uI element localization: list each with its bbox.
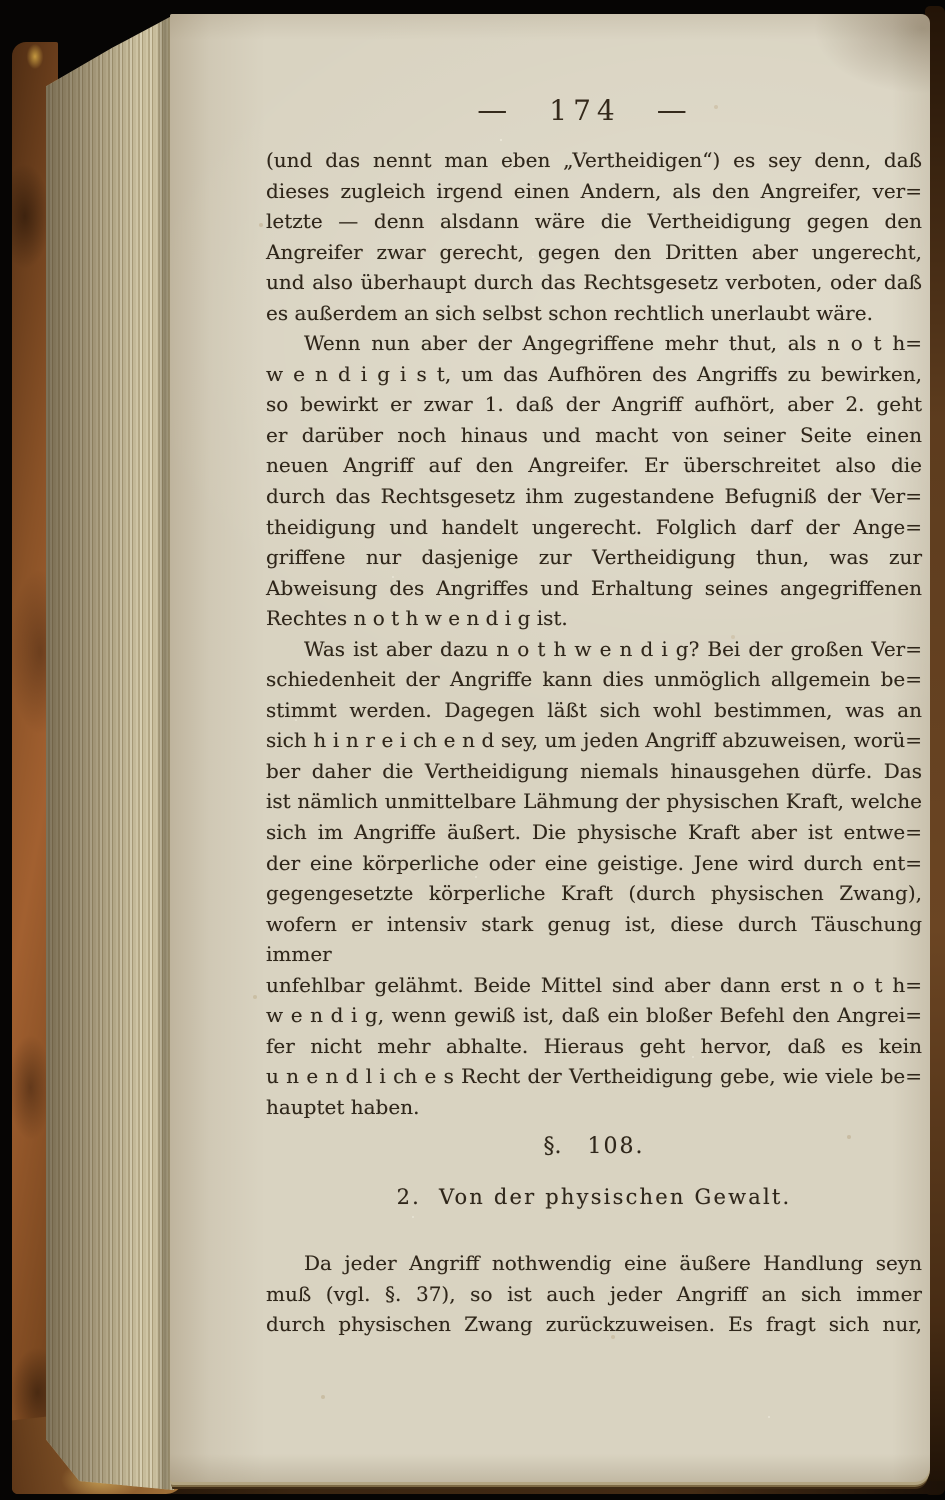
- text-line: Da jeder Angriff nothwendig eine äußere …: [266, 1248, 922, 1279]
- text-line: durch das Rechtsgesetz ihm zugestandene …: [266, 481, 922, 512]
- book-page: — 174 — (und das nennt man eben „Verthei…: [170, 14, 930, 1482]
- page-edges-stack: [46, 0, 174, 1490]
- section-number: 108.: [588, 1134, 645, 1159]
- text-line: ber daher die Vertheidigung niemals hina…: [266, 756, 922, 787]
- scanned-book-photo: — 174 — (und das nennt man eben „Verthei…: [0, 0, 945, 1500]
- header-right-rule: —: [657, 96, 687, 126]
- text-line: w e n d i g, wenn gewiß ist, daß ein blo…: [266, 1000, 922, 1031]
- text-line: ist nämlich unmittelbare Lähmung der phy…: [266, 786, 922, 817]
- text-line: unfehlbar gelähmt. Beide Mittel sind abe…: [266, 970, 922, 1001]
- text-line: griffene nur dasjenige zur Vertheidigung…: [266, 542, 922, 573]
- text-line: sich h i n r e i ch e n d sey, um jeden …: [266, 725, 922, 756]
- text-line: neuen Angriff auf den Angreifer. Er über…: [266, 450, 922, 481]
- page-number: 174: [549, 94, 620, 127]
- text-line: u n e n d l i ch e s Recht der Vertheidi…: [266, 1061, 922, 1092]
- paragraph-4: Da jeder Angriff nothwendig eine äußere …: [266, 1248, 922, 1340]
- page-header: — 174 —: [254, 94, 910, 127]
- text-line: Rechtes n o t h w e n d i g ist.: [266, 603, 922, 634]
- paragraph-3: Was ist aber dazu n o t h w e n d i g? B…: [266, 634, 922, 1123]
- text-line: wofern er intensiv stark genug ist, dies…: [266, 909, 922, 970]
- text-line: dieses zugleich irgend einen Andern, als…: [266, 176, 922, 207]
- text-line: muß (vgl. §. 37), so ist auch jeder Angr…: [266, 1279, 922, 1310]
- text-line: schiedenheit der Angriffe kann dies unmö…: [266, 664, 922, 695]
- text-line: so bewirkt er zwar 1. daß der Angriff au…: [266, 389, 922, 420]
- text-line: fer nicht mehr abhalte. Hieraus geht her…: [266, 1031, 922, 1062]
- text-line: gegengesetzte körperliche Kraft (durch p…: [266, 878, 922, 909]
- text-line: der eine körperliche oder eine geistige.…: [266, 848, 922, 879]
- section-heading: §.108.: [266, 1132, 922, 1163]
- text-line: und also überhaupt durch das Rechtsgeset…: [266, 267, 922, 298]
- closing-paragraph-flow: Da jeder Angriff nothwendig eine äußere …: [266, 1248, 922, 1340]
- text-line: Wenn nun aber der Angegriffene mehr thut…: [266, 328, 922, 359]
- subsection-heading: 2. Von der physischen Gewalt.: [266, 1182, 922, 1213]
- text-line: es außerdem an sich selbst schon rechtli…: [266, 298, 922, 329]
- text-line: durch physischen Zwang zurückzuweisen. E…: [266, 1309, 922, 1340]
- subsection-title: Von der physischen Gewalt.: [439, 1182, 791, 1213]
- header-left-rule: —: [477, 96, 507, 126]
- text-line: er darüber noch hinaus und macht von sei…: [266, 420, 922, 451]
- subsection-number: 2.: [397, 1182, 421, 1213]
- paragraph-1: (und das nennt man eben „Vertheidigen“) …: [266, 145, 922, 328]
- text-line: stimmt werden. Dagegen läßt sich wohl be…: [266, 695, 922, 726]
- text-line: theidigung und handelt ungerecht. Folgli…: [266, 512, 922, 543]
- body-text: (und das nennt man eben „Vertheidigen“) …: [266, 145, 922, 1123]
- text-line: w e n d i g i s t, um das Aufhören des A…: [266, 359, 922, 390]
- text-line: Abweisung des Angriffes und Erhaltung se…: [266, 573, 922, 604]
- text-line: Angreifer zwar gerecht, gegen den Dritte…: [266, 237, 922, 268]
- text-line: hauptet haben.: [266, 1092, 922, 1123]
- paragraph-2: Wenn nun aber der Angegriffene mehr thut…: [266, 328, 922, 633]
- text-line: letzte — denn alsdann wäre die Vertheidi…: [266, 206, 922, 237]
- text-line: sich im Angriffe äußert. Die physische K…: [266, 817, 922, 848]
- text-line: Was ist aber dazu n o t h w e n d i g? B…: [266, 634, 922, 665]
- text-line: (und das nennt man eben „Vertheidigen“) …: [266, 145, 922, 176]
- section-mark: §.: [544, 1134, 562, 1159]
